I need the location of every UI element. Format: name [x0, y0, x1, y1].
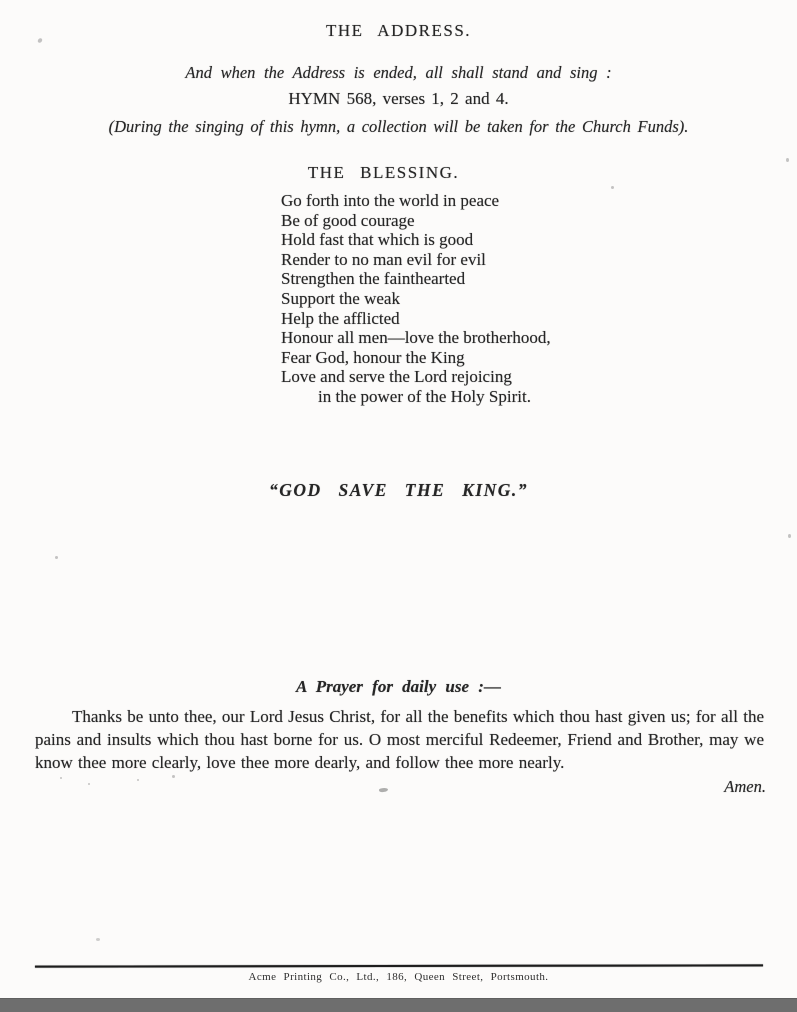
daily-prayer-text: Thanks be unto thee, our Lord Jesus Chri…: [35, 705, 764, 775]
address-heading: THE ADDRESS.: [0, 21, 797, 41]
rubric-stand-and-sing: And when the Address is ended, all shall…: [0, 63, 797, 82]
daily-prayer-heading: A Prayer for daily use :—: [0, 677, 797, 697]
blessing-line: Hold fast that which is good: [281, 230, 797, 250]
scan-speck: [786, 158, 789, 162]
blessing-line: Honour all men—love the brotherhood,: [281, 328, 797, 348]
blessing-line: Love and serve the Lord rejoicing: [281, 367, 797, 387]
blessing-line: Help the afflicted: [281, 309, 797, 329]
printer-imprint: Acme Printing Co., Ltd., 186, Queen Stre…: [0, 970, 797, 984]
rubric-collection-notice: (During the singing of this hymn, a coll…: [0, 117, 797, 136]
scan-speck: [137, 779, 139, 781]
scan-speck: [172, 775, 175, 778]
scan-speck: [96, 938, 100, 941]
scan-edge-band: [0, 998, 797, 1012]
blessing-line: Fear God, honour the King: [281, 348, 797, 368]
scan-speck: [611, 186, 614, 189]
god-save-the-king-line: “GOD SAVE THE KING.”: [0, 479, 797, 501]
page-content: THE ADDRESS. And when the Address is end…: [0, 0, 797, 1012]
hymn-line: HYMN 568, verses 1, 2 and 4.: [0, 89, 797, 108]
blessing-line-continuation: in the power of the Holy Spirit.: [281, 387, 797, 407]
scan-speck: [60, 777, 62, 779]
scan-speck: [88, 783, 90, 785]
blessing-list: Go forth into the world in peace Be of g…: [281, 191, 797, 407]
scan-speck: [788, 534, 791, 538]
blessing-heading: THE BLESSING.: [0, 163, 767, 183]
blessing-line: Render to no man evil for evil: [281, 250, 797, 270]
blessing-line: Support the weak: [281, 289, 797, 309]
amen-line: Amen.: [0, 776, 766, 798]
blessing-line: Strengthen the fainthearted: [281, 269, 797, 289]
blessing-line: Be of good courage: [281, 211, 797, 231]
blessing-line: Go forth into the world in peace: [281, 191, 797, 211]
scanned-service-page: THE ADDRESS. And when the Address is end…: [0, 0, 797, 1012]
scan-speck: [55, 556, 58, 559]
